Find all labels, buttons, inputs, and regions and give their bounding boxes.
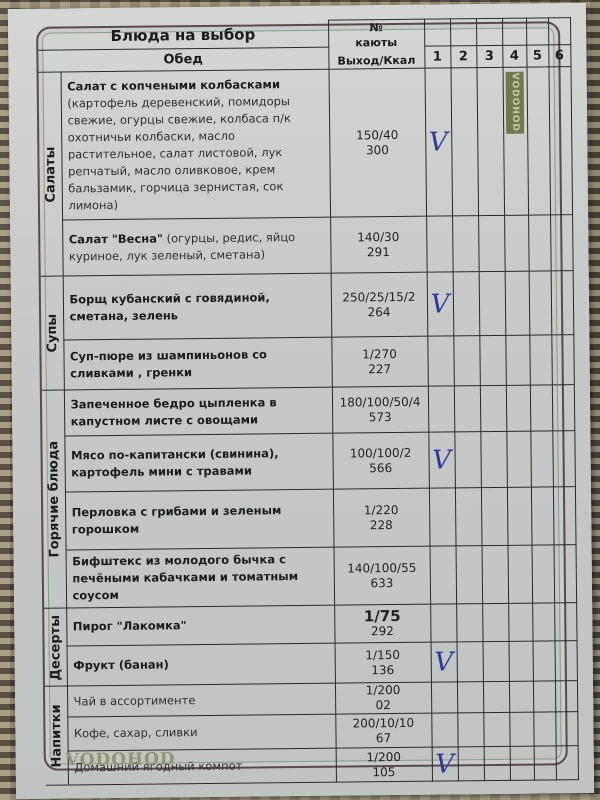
selection-cell[interactable]: [531, 487, 554, 545]
yield-cell: 1/20002: [335, 682, 431, 714]
selection-cell[interactable]: [509, 681, 533, 712]
selection-cell[interactable]: [457, 642, 483, 682]
selection-cell[interactable]: [456, 546, 483, 604]
category-label: Напитки: [45, 686, 68, 785]
dish-name: Бифштекс из молодого бычка с печёными ка…: [72, 552, 298, 602]
dish-cell: Борщ кубанский с говядиной, сметана, зел…: [63, 273, 332, 340]
selection-cell[interactable]: [484, 746, 510, 780]
menu-row: Фрукт (банан)1/150136V: [45, 641, 577, 687]
selection-cell[interactable]: [480, 431, 507, 487]
selection-cell[interactable]: [478, 215, 505, 271]
category-label: Салаты: [39, 72, 63, 276]
selection-cell[interactable]: [534, 746, 556, 780]
kcal-value: 291: [331, 244, 426, 260]
selection-cell[interactable]: [530, 385, 552, 431]
selection-cell[interactable]: [454, 386, 480, 432]
kcal-value: 633: [334, 575, 429, 591]
selection-cell[interactable]: [456, 604, 482, 642]
selection-cell[interactable]: [549, 67, 573, 215]
dish-cell: Салат с копчеными колбасками (картофель …: [61, 69, 331, 220]
kcal-value: 105: [336, 764, 431, 780]
selection-cell[interactable]: [452, 216, 479, 272]
cabin-label: каюты: [329, 35, 424, 51]
selection-cell[interactable]: [453, 336, 480, 386]
cabin-column-header: 4: [502, 45, 526, 67]
kcal-value: 02: [336, 698, 431, 714]
kcal-value: 228: [334, 517, 429, 533]
yield-cell: 1/270227: [331, 336, 428, 387]
page-title: Блюда на выбор: [38, 20, 328, 50]
menu-row: Перловка с грибами и зеленым горошком1/2…: [43, 487, 576, 551]
cabin-column-header: 2: [450, 46, 476, 68]
dish-name: Пирог "Лакомка": [73, 618, 187, 633]
portion-value: 200/10/10: [336, 715, 431, 731]
meal-subtitle: Обед: [38, 48, 328, 73]
selection-cell[interactable]: V: [428, 432, 455, 488]
category-label: Горячие блюда: [42, 390, 66, 608]
selection-cell[interactable]: [508, 545, 533, 603]
dish-cell: Бифштекс из молодого бычка с печёными ка…: [66, 547, 335, 608]
portion-value: 140/100/55: [334, 560, 429, 576]
menu-row: Горячие блюдаЗапеченное бедро цыпленка в…: [42, 385, 574, 437]
selection-cell[interactable]: [429, 488, 456, 546]
selection-cell[interactable]: [555, 712, 577, 746]
kcal-value: 300: [330, 142, 425, 158]
yield-cell: 100/100/2566: [332, 432, 429, 489]
handwritten-check-icon: V: [432, 445, 451, 475]
selection-cell[interactable]: [528, 215, 551, 271]
selection-cell[interactable]: [458, 747, 484, 781]
yield-cell: 150/40300: [329, 68, 427, 217]
selection-cell[interactable]: [533, 712, 555, 746]
selection-cell[interactable]: [455, 488, 482, 546]
selection-cell[interactable]: [553, 487, 576, 545]
selection-cell[interactable]: [483, 641, 509, 681]
menu-row: Суп-пюре из шампиньонов со сливками , гр…: [41, 335, 573, 391]
cabin-yield-header: № каюты Выход/Ккал: [328, 19, 425, 69]
dish-name: Запеченное бедро цыпленка в капустном ли…: [70, 395, 276, 428]
selection-cell[interactable]: [509, 641, 533, 681]
kcal-value: 67: [336, 730, 431, 746]
handwritten-check-icon: V: [429, 127, 448, 157]
cabin-column-header: 3: [476, 46, 502, 68]
cabin-column-header: 5: [526, 45, 548, 67]
yield-cell: 1/150136: [335, 642, 431, 683]
category-label: Супы: [41, 276, 64, 390]
dish-cell: Запеченное бедро цыпленка в капустном ли…: [64, 387, 332, 436]
selection-cell[interactable]: [457, 713, 483, 747]
selection-cell[interactable]: [554, 545, 577, 603]
yield-cell: 250/25/15/2264: [331, 272, 428, 337]
selection-cell[interactable]: [506, 385, 530, 431]
selection-cell[interactable]: [552, 431, 575, 487]
kcal-value: 566: [333, 460, 428, 476]
dish-cell: Салат "Весна" (огурцы, редис, яйцо курин…: [62, 217, 331, 276]
dish-name: Чай в ассортименте: [74, 693, 196, 708]
yield-cell: 140/30291: [330, 216, 427, 273]
selection-cell[interactable]: [533, 681, 555, 712]
portion-value: 100/100/2: [333, 445, 428, 461]
handwritten-check-icon: V: [430, 289, 449, 319]
yield-cell: 1/200105: [336, 747, 432, 782]
dish-cell: Фрукт (банан): [67, 643, 335, 686]
selection-cell[interactable]: [431, 713, 457, 747]
kcal-value: 136: [335, 662, 430, 678]
side-logo: VODOHOD: [506, 72, 525, 134]
selection-cell[interactable]: [427, 336, 454, 386]
menu-table: Блюда на выбор № каюты Выход/Ккал Обед 1…: [38, 17, 578, 786]
dish-cell: Кофе, сахар, сливки: [67, 714, 335, 751]
yield-cell: 1/75292: [334, 604, 430, 643]
selection-cell[interactable]: [479, 271, 506, 335]
selection-cell[interactable]: [532, 603, 554, 641]
dish-cell: Перловка с грибами и зеленым горошком: [65, 489, 334, 550]
dish-cell: Мясо по-капитански (свинина), картофель …: [64, 433, 333, 492]
dish-description: (картофель деревенский, помидоры свежие,…: [67, 94, 291, 212]
handwritten-check-icon: V: [435, 749, 454, 779]
selection-cell[interactable]: [508, 603, 532, 641]
selection-cell[interactable]: [555, 681, 577, 712]
selection-cell[interactable]: [451, 68, 479, 216]
selection-cell[interactable]: [431, 682, 457, 713]
portion-value: 140/30: [331, 229, 426, 245]
menu-sheet: Блюда на выбор № каюты Выход/Ккал Обед 1…: [8, 3, 594, 799]
selection-cell[interactable]: [477, 67, 505, 215]
category-label: Десерты: [44, 608, 67, 686]
portion-value: 1/200: [336, 749, 431, 765]
handwritten-check-icon: V: [434, 647, 453, 677]
selection-cell[interactable]: [510, 746, 534, 780]
yield-cell: 200/10/1067: [335, 713, 431, 748]
selection-cell[interactable]: V: [425, 68, 453, 216]
selection-cell[interactable]: [529, 271, 552, 335]
yield-cell: 1/220228: [333, 488, 430, 547]
selection-cell[interactable]: [556, 746, 578, 780]
dish-name: Фрукт (банан): [73, 657, 169, 672]
selection-cell[interactable]: [430, 546, 457, 604]
kcal-value: 573: [333, 409, 428, 425]
selection-cell[interactable]: [527, 67, 551, 215]
menu-row: Кофе, сахар, сливки200/10/1067: [45, 712, 577, 752]
dish-cell: Пирог "Лакомка": [66, 605, 334, 646]
kcal-value: 292: [335, 623, 430, 639]
selection-cell[interactable]: [505, 335, 530, 385]
selection-cell[interactable]: [453, 272, 480, 336]
dish-name: Суп-пюре из шампиньонов со сливками , гр…: [70, 347, 267, 380]
selection-cell[interactable]: [428, 386, 454, 432]
selection-cell[interactable]: [530, 431, 553, 487]
selection-cell[interactable]: [483, 712, 509, 746]
selection-cell[interactable]: [480, 385, 506, 431]
portion-value: 1/75: [335, 608, 430, 624]
menu-row: Мясо по-капитански (свинина), картофель …: [42, 431, 575, 493]
selection-cell[interactable]: [454, 432, 481, 488]
brand-logo: VODOHOD: [66, 749, 176, 770]
selection-cell[interactable]: V: [432, 747, 458, 781]
selection-cell[interactable]: [479, 335, 506, 385]
selection-cell[interactable]: [555, 641, 577, 681]
portion-value: 1/220: [334, 502, 429, 518]
menu-row: Бифштекс из молодого бычка с печёными ка…: [44, 545, 577, 609]
portion-value: 250/25/15/2: [331, 289, 426, 305]
dish-name: Салат "Весна": [69, 231, 163, 246]
selection-cell[interactable]: [509, 712, 533, 746]
menu-row: Салат "Весна" (огурцы, редис, яйцо курин…: [40, 215, 573, 277]
selection-cell[interactable]: [426, 216, 453, 272]
selection-cell[interactable]: [552, 385, 574, 431]
selection-cell[interactable]: V: [431, 642, 457, 682]
selection-cell[interactable]: [507, 487, 532, 545]
selection-cell[interactable]: [533, 641, 555, 681]
dish-name: Перловка с грибами и зеленым горошком: [72, 503, 282, 536]
cabin-column-header: 1: [424, 46, 450, 68]
selection-cell[interactable]: [532, 545, 555, 603]
portion-value: 150/40: [330, 127, 425, 143]
portion-value: 1/200: [335, 683, 430, 699]
selection-cell[interactable]: [506, 431, 531, 487]
cabin-number-label: №: [329, 20, 424, 36]
portion-value: 1/270: [332, 346, 427, 362]
dish-name: Мясо по-капитански (свинина), картофель …: [71, 446, 279, 479]
selection-cell[interactable]: [457, 682, 483, 713]
selection-cell[interactable]: [551, 335, 574, 385]
menu-row: ДесертыПирог "Лакомка"1/75292: [44, 603, 576, 647]
selection-cell[interactable]: [483, 681, 509, 712]
selection-cell[interactable]: [430, 604, 456, 642]
menu-row: СалатыСалат с копчеными колбасками (карт…: [39, 67, 573, 221]
selection-cell[interactable]: [481, 487, 508, 545]
selection-cell[interactable]: [554, 603, 576, 641]
selection-cell[interactable]: [504, 215, 529, 271]
dish-cell: Чай в ассортименте: [67, 683, 335, 717]
selection-cell[interactable]: [482, 603, 508, 641]
yield-cell: 140/100/55633: [334, 546, 431, 605]
kcal-value: 227: [332, 361, 427, 377]
yield-kcal-label: Выход/Ккал: [329, 53, 424, 69]
selection-cell[interactable]: [505, 271, 530, 335]
selection-cell[interactable]: [529, 335, 552, 385]
dish-name: Борщ кубанский с говядиной, сметана, зел…: [69, 290, 270, 323]
selection-cell[interactable]: [550, 215, 573, 271]
menu-row: СупыБорщ кубанский с говядиной, сметана,…: [41, 271, 574, 341]
portion-value: 1/150: [335, 647, 430, 663]
kcal-value: 264: [331, 304, 426, 320]
portion-value: 180/100/50/4: [332, 394, 427, 410]
yield-cell: 180/100/50/4573: [332, 386, 428, 433]
dish-cell: Суп-пюре из шампиньонов со сливками , гр…: [63, 337, 332, 390]
dish-name: Салат с копчеными колбасками: [67, 77, 280, 93]
selection-cell[interactable]: [482, 545, 509, 603]
selection-cell[interactable]: V: [427, 272, 454, 336]
dish-name: Кофе, сахар, сливки: [74, 725, 198, 740]
selection-cell[interactable]: [551, 271, 574, 335]
cabin-column-header: 6: [548, 45, 570, 67]
